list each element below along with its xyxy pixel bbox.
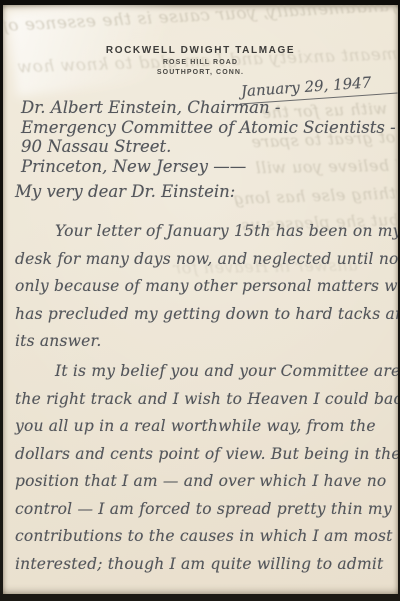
handwritten-line: dollars and cents point of view. But bei… [15,441,394,469]
recipient-line: Dr. Albert Einstein, Chairman - [21,98,396,118]
letterhead-road: ROSE HILL ROAD [3,59,398,66]
handwritten-line: you all up in a real worthwhile way, fro… [15,413,394,441]
handwritten-line: It is my belief you and your Committee a… [15,358,394,386]
letter-paper: fundamentally, your cause is the essence… [3,5,398,594]
handwritten-line: only because of many other personal matt… [15,273,394,301]
recipient-address: Dr. Albert Einstein, Chairman - Emergenc… [21,98,396,176]
body-paragraph-1: Your letter of January 15th has been on … [15,218,394,356]
handwritten-line: its answer. [15,328,394,356]
handwritten-line: desk for many days now, and neglected un… [15,246,394,274]
recipient-line: Emergency Committee of Atomic Scientists… [21,118,396,138]
handwritten-line: control — I am forced to spread pretty t… [15,496,394,524]
recipient-line: Princeton, New Jersey —— [21,157,396,177]
salutation: My very dear Dr. Einstein: [15,182,235,201]
handwritten-line: Your letter of January 15th has been on … [15,218,394,246]
handwritten-line: contributions to the causes in which I a… [15,523,394,551]
handwritten-line: interested; though I am quite willing to… [15,551,394,579]
bleed-through-fragment: at. Everything else has long [233,181,398,208]
body-paragraph-2: It is my belief you and your Committee a… [15,358,394,578]
letterhead: ROCKWELL DWIGHT TALMAGE ROSE HILL ROAD S… [3,45,398,76]
bleed-through-fragment: fundamentally, your cause is the essence… [3,5,396,38]
scan-border: fundamentally, your cause is the essence… [0,0,400,601]
handwritten-line: has precluded my getting down to hard ta… [15,301,394,329]
letterhead-name: ROCKWELL DWIGHT TALMAGE [3,45,398,56]
handwritten-line: the right track and I wish to Heaven I c… [15,386,394,414]
recipient-line: 90 Nassau Street. [21,137,396,157]
handwritten-line: position that I am — and over which I ha… [15,468,394,496]
